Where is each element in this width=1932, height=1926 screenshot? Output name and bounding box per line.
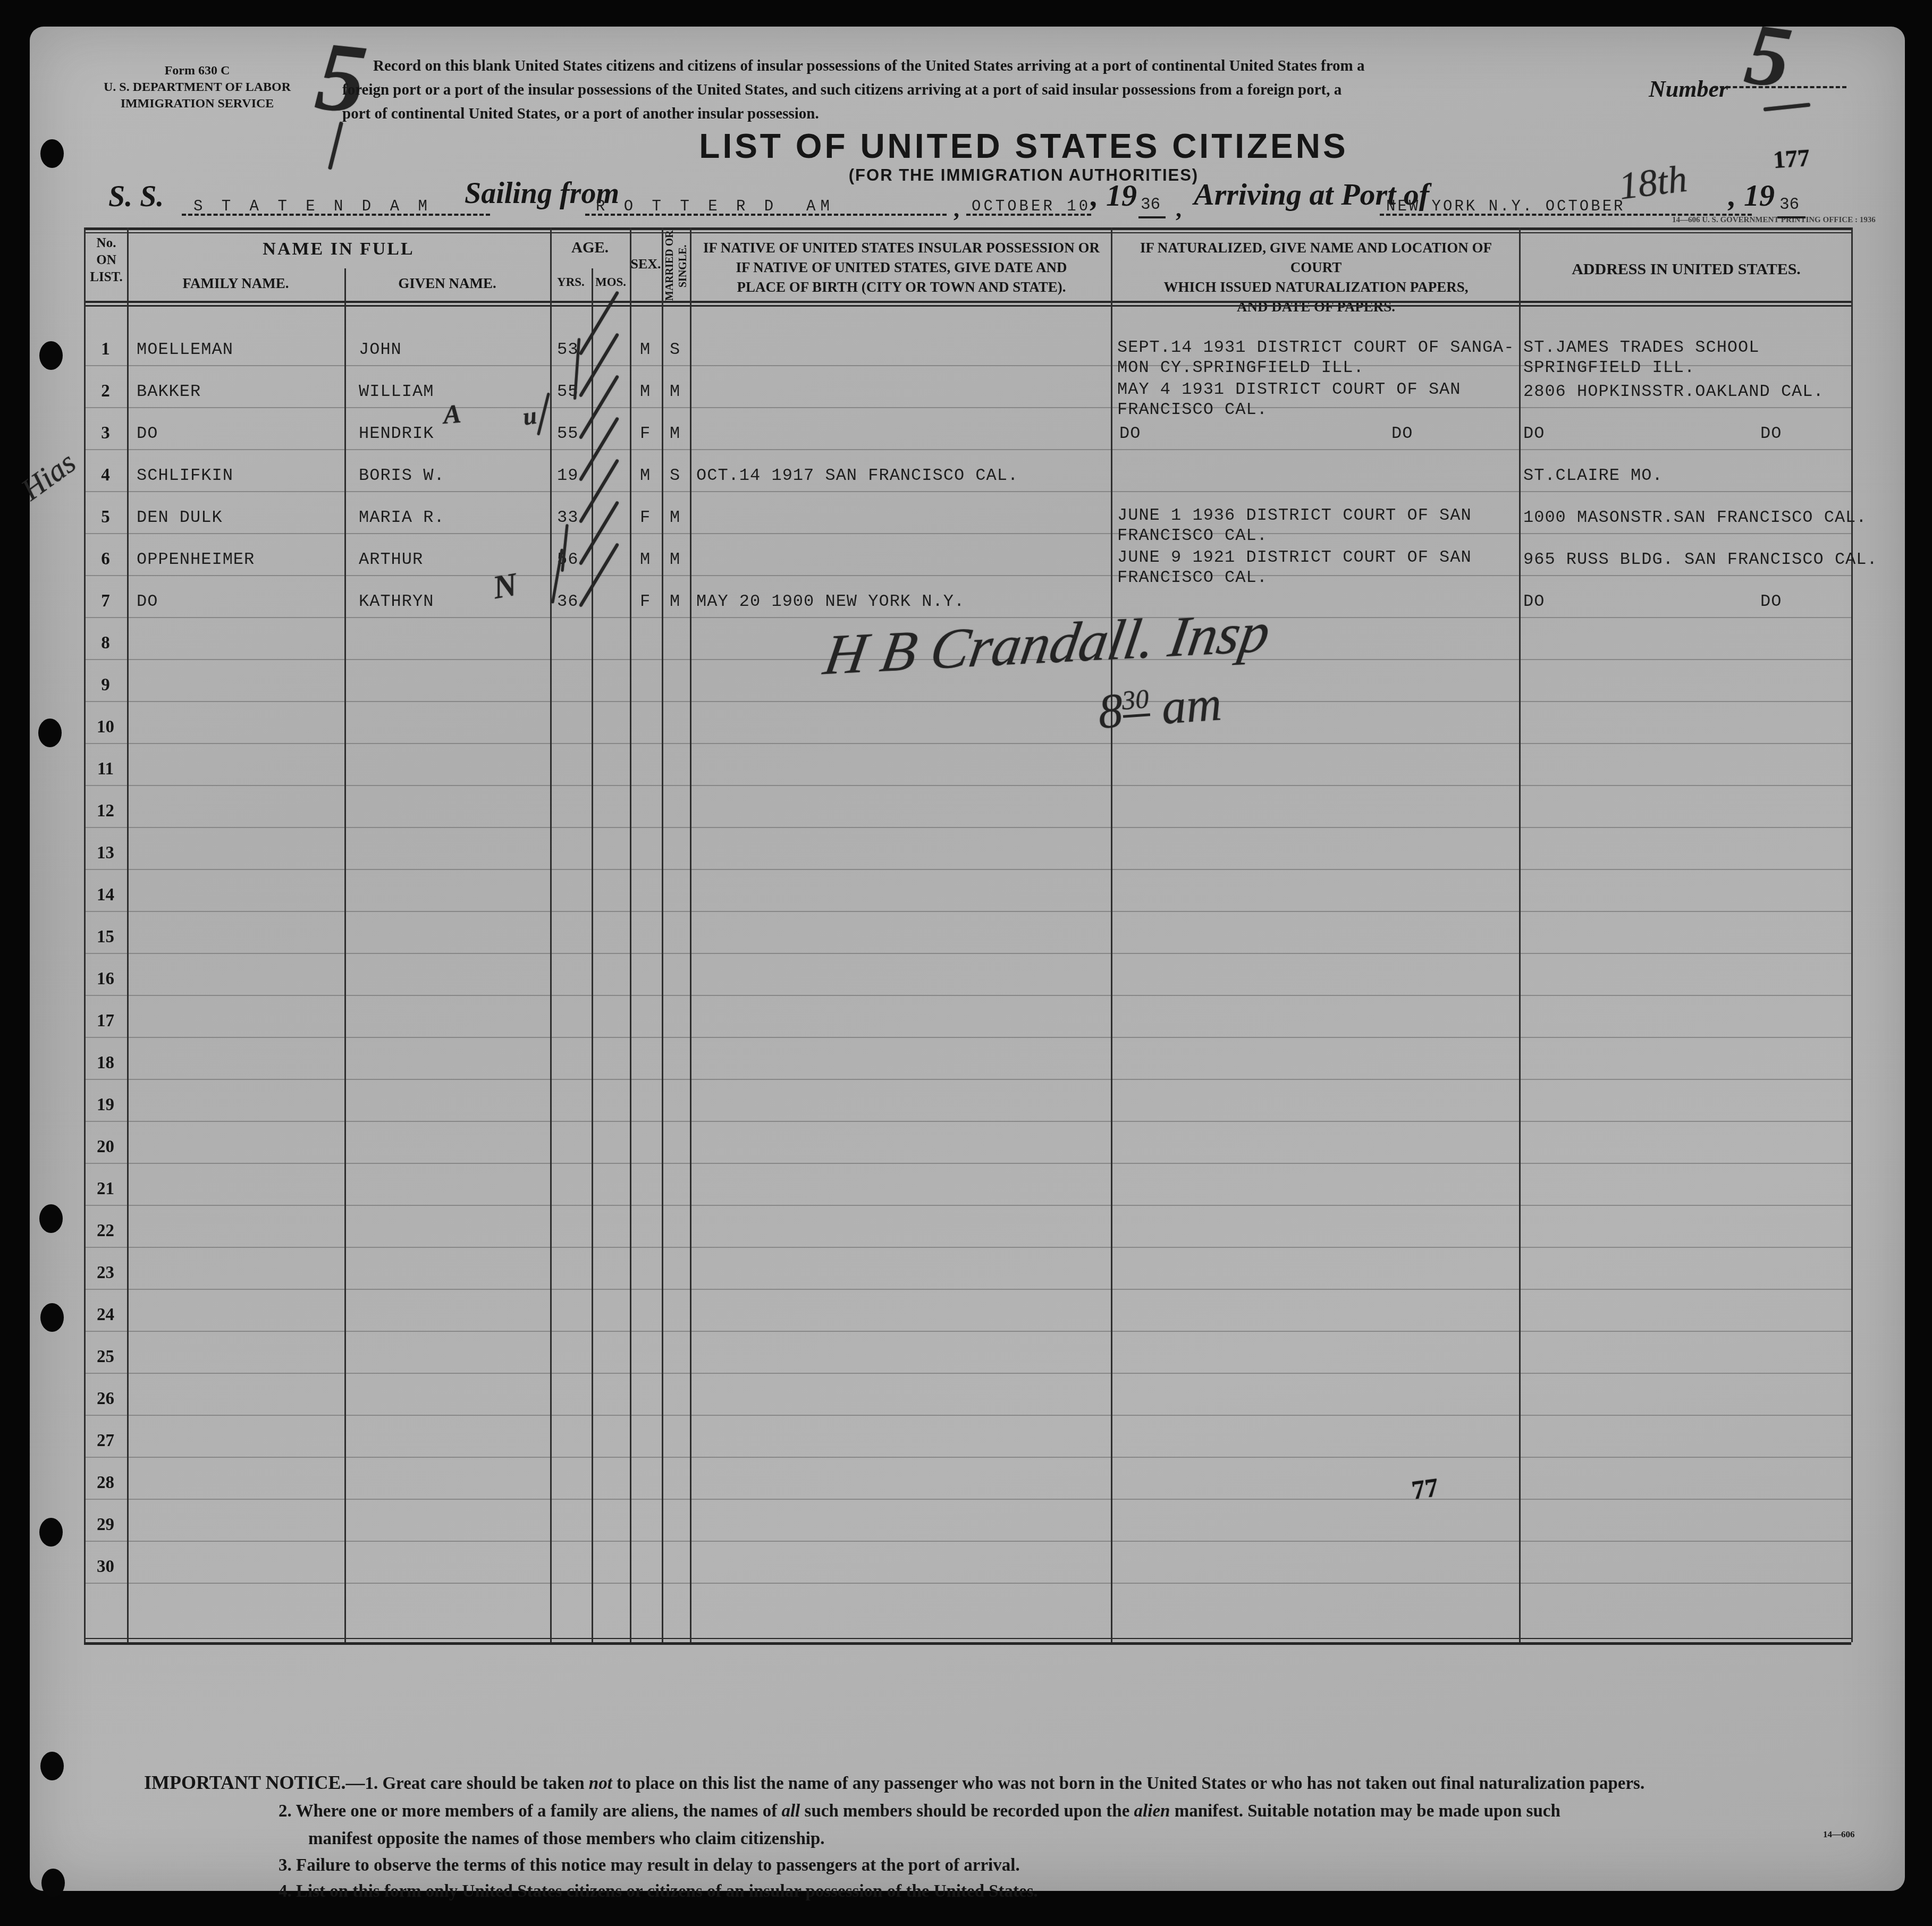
- notice-text: alien: [1134, 1802, 1170, 1821]
- microfilm-frame: Form 630 C U. S. DEPARTMENT OF LABOR IMM…: [0, 0, 1932, 1926]
- notice-text: manifest. Suitable notation may be made …: [1170, 1802, 1560, 1821]
- notice-text: 3. Failure to observe the terms of this …: [279, 1856, 1020, 1875]
- notice-line: 2. Where one or more members of a family…: [279, 1802, 1560, 1821]
- notice-line: 4. List on this form only United States …: [279, 1882, 1038, 1902]
- manifest-page: Form 630 C U. S. DEPARTMENT OF LABOR IMM…: [30, 27, 1905, 1891]
- notice-line: IMPORTANT NOTICE.—1. Great care should b…: [144, 1771, 1644, 1794]
- notice-text: to place on this list the name of any pa…: [612, 1774, 1644, 1793]
- notice-text: such members should be recorded upon the: [800, 1802, 1134, 1821]
- notice-line: manifest opposite the names of those mem…: [308, 1829, 825, 1849]
- notice-text: all: [781, 1802, 800, 1821]
- footer-form-code: 14—606: [1823, 1829, 1855, 1840]
- important-notice: IMPORTANT NOTICE.—1. Great care should b…: [30, 27, 1905, 1891]
- notice-text: 2. Where one or more members of a family…: [279, 1802, 781, 1821]
- notice-text: 4. List on this form only United States …: [279, 1882, 1038, 1901]
- notice-text: Great care should be taken: [382, 1774, 588, 1793]
- notice-text: 1.: [365, 1774, 382, 1793]
- notice-label: IMPORTANT NOTICE.—: [144, 1772, 365, 1793]
- notice-text: not: [589, 1774, 612, 1793]
- notice-text: manifest opposite the names of those mem…: [308, 1829, 825, 1848]
- notice-line: 3. Failure to observe the terms of this …: [279, 1856, 1020, 1876]
